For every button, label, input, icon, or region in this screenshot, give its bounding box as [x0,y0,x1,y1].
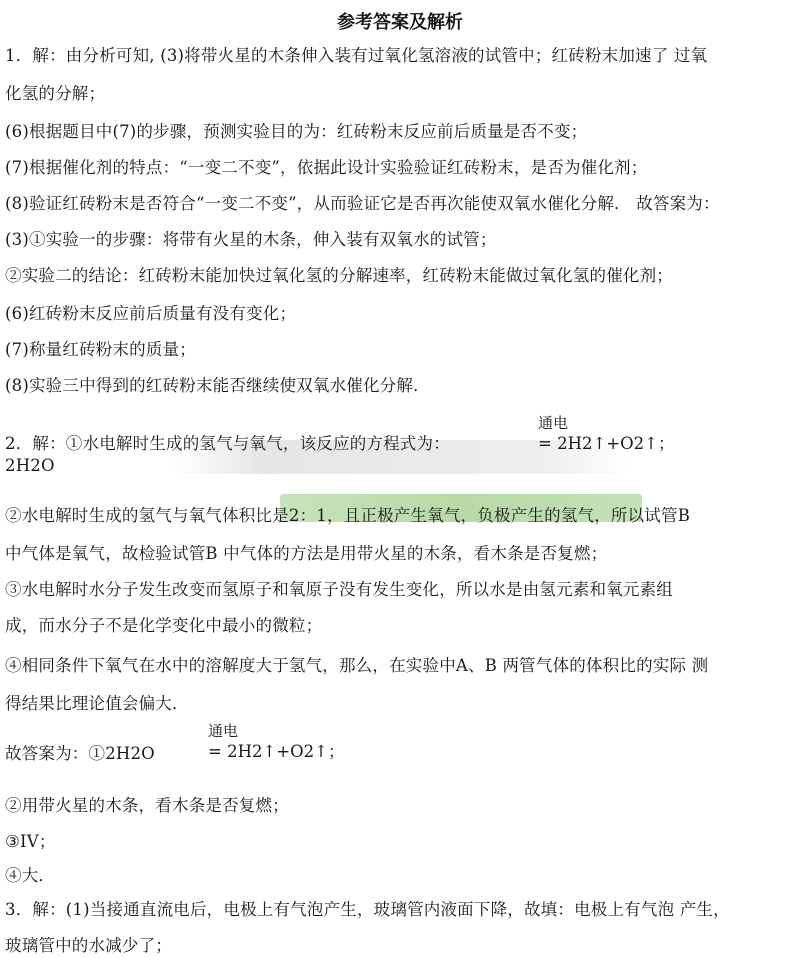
q2-line-2: ②水电解时生成的氢气与氧气体积比是2：1，且正极产生氧气，负极产生的氢气，所以试… [5,502,690,526]
q1-line-3: (6)根据题目中(7)的步骤，预测实验目的为：红砖粉末反应前后质量是否不变； [5,118,587,142]
q2-eq1-products: = 2H2↑+O2↑； [538,430,674,454]
q2-eq1-reactant: 2H2O [5,456,55,475]
q1-line-10: (8)实验三中得到的红砖粉末能否继续使双氧水催化分解． [5,372,430,396]
page-title: 参考答案及解析 [0,8,800,34]
q2-eq2-products: = 2H2↑+O2↑； [208,738,344,762]
q2-line-6: ④相同条件下氧气在水中的溶解度大于氢气，那么，在实验中A、B 两管气体的体积比的… [5,652,708,676]
q1-line-9: (7)称量红砖粉末的质量； [5,336,196,360]
answer-document: 参考答案及解析 1．解：由分析可知, (3)将带火星的木条伸入装有过氧化氢溶液的… [0,0,800,958]
q3-line-2: 玻璃管中的水减少了； [5,932,172,956]
q2-line-5: 成，而水分子不是化学变化中最小的微粒； [5,612,322,636]
q2-line-10: ④大． [5,862,55,886]
q1-line-2: 化氢的分解； [5,80,105,104]
q1-line-4: (7)根据催化剂的特点：“一变二不变”，依据此设计实验验证红砖粉末，是否为催化剂… [5,154,647,178]
q2-line-7: 得结果比理论值会偏大． [5,690,189,714]
q1-line-1: 1．解：由分析可知, (3)将带火星的木条伸入装有过氧化氢溶液的试管中；红砖粉末… [5,42,707,66]
q1-line-5: (8)验证红砖粉末是否符合“一变二不变”，从而验证它是否再次能使双氧水催化分解．… [5,190,720,214]
q1-line-7: ②实验二的结论：红砖粉末能加快过氧化氢的分解速率，红砖粉末能做过氧化氢的催化剂； [5,262,673,286]
q3-line-1: 3．解：(1)当接通直流电后，电极上有气泡产生，玻璃管内液面下降，故填：电极上有… [5,896,730,920]
q2-line-9: ③IV； [5,828,56,852]
q2-line-1: 2．解：①水电解时生成的氢气与氧气，该反应的方程式为： [5,430,450,454]
q2-line-8: ②用带火星的木条，看木条是否复燃； [5,792,289,816]
q2-answer-prefix: 故答案为：①2H2O [5,740,155,764]
q1-line-8: (6)红砖粉末反应前后质量有没有变化； [5,300,296,324]
q2-line-4: ③水电解时水分子发生改变而氢原子和氧原子没有发生变化，所以水是由氢元素和氧元素组 [5,576,673,600]
q2-line-3: 中气体是氧气，故检验试管B 中气体的方法是用带火星的木条，看木条是否复燃； [5,540,607,564]
q1-line-6: (3)①实验一的步骤：将带有火星的木条，伸入装有双氧水的试管； [5,226,497,250]
